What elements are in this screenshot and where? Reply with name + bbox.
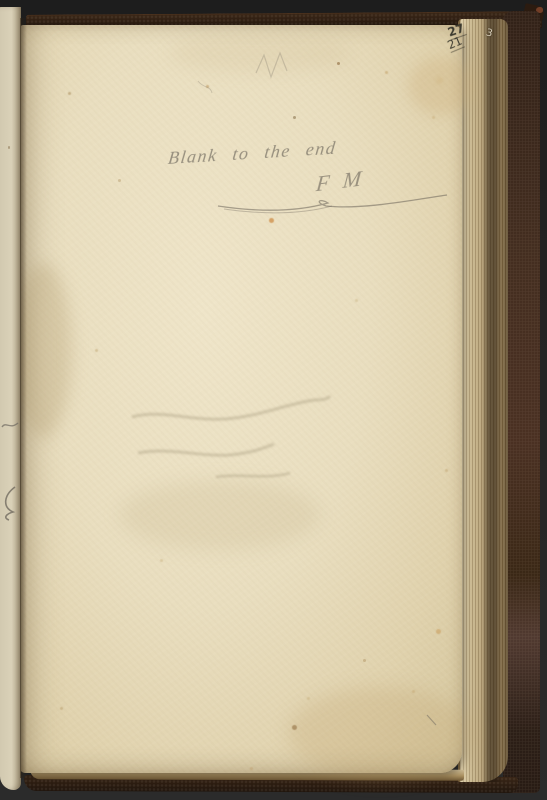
facing-page-writing-traces xyxy=(0,7,21,790)
facing-page-sliver xyxy=(0,7,21,790)
gutter-shadow xyxy=(20,18,27,778)
show-through-writing xyxy=(132,396,330,477)
fore-edge-shadow-band xyxy=(482,19,502,782)
page-stack-fore-edge: 3 xyxy=(458,19,508,782)
pencil-marks-overlay xyxy=(20,25,462,773)
manuscript-page: Blank to the end F M xyxy=(20,25,462,773)
erased-pencil-marks xyxy=(198,53,287,93)
flourish-underline xyxy=(218,195,447,213)
book-cover-right-edge xyxy=(503,11,540,793)
pencil-slash-mark xyxy=(427,715,436,725)
photo-backdrop: 3 Blank to the end F M xyxy=(0,0,547,800)
